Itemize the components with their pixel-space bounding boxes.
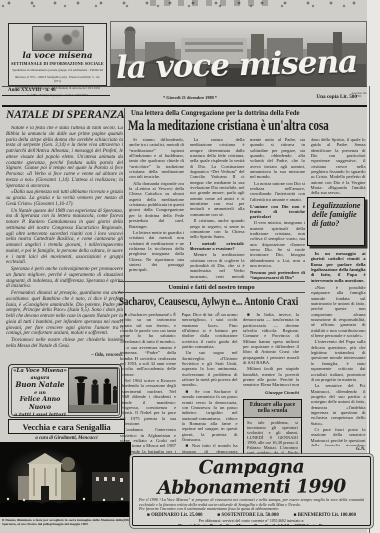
greeting-line-1: «La Voce Misena» <box>11 368 69 375</box>
issue-number: Anno XXXVIII - n. 48 <box>8 88 56 93</box>
families-box-title: Legalizzazione delle famiglie di fatto? <box>312 201 360 229</box>
meditation-subhead-3: Nessuno può pretendere di “impossessarsi… <box>250 270 305 280</box>
dateline: * Giovedì 21 dicembre 1989 * <box>115 95 265 100</box>
greeting-text: «La Voce Misena» augura Buon Natale e un… <box>11 368 69 418</box>
meditation-column-1: La natura della meditazione cristiana è … <box>190 137 245 282</box>
subscription-title: Campagna Abbonamenti 1990 <box>139 457 364 499</box>
subscription-address: Diocesi di Senigallia – La Voce Misena –… <box>139 524 364 526</box>
greeting-photo <box>68 368 118 413</box>
peace-box-title: Educare alla pace nella scuola <box>244 400 301 418</box>
masthead-info-box: la voce misena SETTIMANALE DI INFORMAZIO… <box>8 23 107 86</box>
tempo-rule-top <box>118 281 305 282</box>
masthead-box-title: la voce misena <box>9 52 106 61</box>
editorial-signature: – Odo, vescovo. <box>6 353 123 358</box>
tempo-signature: Giuseppe Cionchi <box>243 390 299 395</box>
meditation-column-3: dono dello Spirito, il quale lo guida al… <box>311 137 366 195</box>
newspaper-nameplate: la voce misena <box>116 45 369 86</box>
meditation-c-p3: Il vero mistico, insegnano i maestri spi… <box>250 220 305 268</box>
peace-meeting-box: Educare alla pace nella scuola Su tale p… <box>243 399 302 456</box>
senigallia-title-box: Vecchia e cara Senigallia <box>8 419 125 434</box>
association-note: Associato alla FISC <box>351 92 367 98</box>
tempo-column-2: Papa. Dice di lui: «È un uomo meraviglio… <box>182 312 238 453</box>
greeting-box: «La Voce Misena» augura Buon Natale e un… <box>8 364 122 418</box>
duomo-night-photo <box>0 442 131 517</box>
editorial-title: NATALE DI SPERANZA <box>6 109 124 121</box>
tempo-section-label: Uomini e fatti del nostro tempo <box>118 284 305 291</box>
rule-top <box>2 86 367 87</box>
subscription-note: Per favorire l'incontro con il settimana… <box>139 507 364 512</box>
masthead-tagline: SETTIMANALE DI INFORMAZIONE SOCIALE <box>9 61 106 66</box>
meditation-c-p2: La nostra unione con Dio si realizza nel… <box>250 181 305 202</box>
rule-double <box>2 105 367 107</box>
families-box: Legalizzazione delle famiglie di fatto? <box>307 197 365 246</box>
newspaper-front-page: la voce misena SETTIMANALE DI INFORMAZIO… <box>0 0 380 533</box>
photo-caption: (206) Il Duomo illuminato a festa per ac… <box>2 518 130 526</box>
meditation-c-p1: mente unito al Padre, sia quando si riti… <box>250 137 305 180</box>
senigallia-byline: a cura di Girolimetti, Mencucci <box>8 436 125 441</box>
main-headline: Ma la meditazione cristiana è un'altra c… <box>128 118 329 135</box>
meditation-b-p2: Il cristiano, anche quando prega in segr… <box>190 218 245 239</box>
greeting-line-3: Buon Natale <box>11 381 69 390</box>
meditation-b-p3: Mentre la meditazione cristiana cerca di… <box>190 252 245 282</box>
tempo-column-3: ■ In Italia, invece, la democrazia — tra… <box>243 312 299 389</box>
tempo-rule-bottom <box>118 292 305 293</box>
association-line2: FISC <box>356 95 362 98</box>
meditation-b-p1: La natura della meditazione cristiana è … <box>190 137 245 217</box>
rule-issue <box>2 95 110 97</box>
tempo-column-1: ■ «Sacharov perdonami!» È scritto su un … <box>120 312 176 453</box>
families-intro: In un messaggio ai giuristi cattolici ri… <box>311 251 366 282</box>
silhouettes-illustration <box>69 369 118 413</box>
meditation-column-intro: Si stanno diffondendo, anche tra i catto… <box>129 137 184 282</box>
greeting-line-6: a tutti i suoi lettori <box>11 412 69 418</box>
masthead-thumbnail-photo <box>32 26 84 51</box>
greeting-line-5: Felice Anno Nuovo <box>11 396 69 412</box>
meditation-column-2: mente unito al Padre, sia quando si riti… <box>250 137 305 282</box>
meditation-subhead-2: L'unione con Dio non è frutto di tecnich… <box>250 204 305 220</box>
families-body: «Non è possibile equiparare alla famigli… <box>311 285 366 446</box>
scan-noise-blob <box>150 0 270 6</box>
editorial-body: Natale è la festa che è stata l'attesa d… <box>6 126 123 352</box>
subscription-banner: Campagna Abbonamenti 1990 Per il 1990 “L… <box>132 456 371 526</box>
duomo-illustration <box>0 442 131 517</box>
photo-caption-text: Il Duomo illuminato a festa per accoglie… <box>2 518 123 526</box>
article-kicker: Una lettera della Congregazione per la d… <box>131 110 300 117</box>
families-signature: G.N. <box>311 447 366 452</box>
rate-ordinario: ■ ORDINARIO Lit. 25.000 <box>147 513 203 518</box>
families-intro-text: In un messaggio ai giuristi cattolici ri… <box>311 251 366 282</box>
photo-credit: (206) <box>123 518 130 522</box>
peace-box-body: Su tale problema, si incontrano gli oper… <box>244 418 301 456</box>
meditation-d-p1: dono dello Spirito, il quale lo guida al… <box>311 137 366 195</box>
tempo-headline: Sacharov, Ceausescu, Aylwyn e... Antonio… <box>119 294 298 309</box>
meditation-subhead-1: I metodi orientali: liberazione o evasio… <box>190 241 245 251</box>
copy-price: Una copia Lit. 500 <box>262 94 357 100</box>
